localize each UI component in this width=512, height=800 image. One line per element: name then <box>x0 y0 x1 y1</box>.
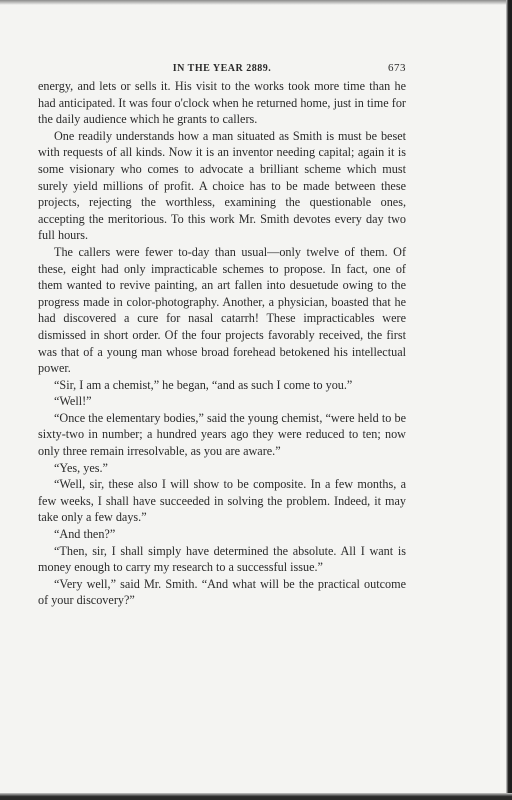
scan-top-shadow <box>0 0 512 5</box>
scan-bottom-edge <box>0 793 512 800</box>
scan-right-edge <box>506 0 512 800</box>
page-number: 673 <box>388 62 406 74</box>
paragraph: One readily understands how a man situat… <box>38 128 406 244</box>
paragraph: “Then, sir, I shall simply have determin… <box>38 543 406 576</box>
paragraph: “And then?” <box>38 526 406 543</box>
paragraph: The callers were fewer to-day than usual… <box>38 244 406 377</box>
paragraph: “Once the elementary bodies,” said the y… <box>38 410 406 460</box>
book-page: IN THE YEAR 2889. 673 energy, and lets o… <box>38 60 406 609</box>
paragraph: “Well!” <box>38 393 406 410</box>
paragraph: “Very well,” said Mr. Smith. “And what w… <box>38 576 406 609</box>
paragraph: energy, and lets or sells it. His visit … <box>38 78 406 128</box>
paragraph: “Well, sir, these also I will show to be… <box>38 476 406 526</box>
running-title: IN THE YEAR 2889. <box>38 63 406 74</box>
body-text: energy, and lets or sells it. His visit … <box>38 78 406 609</box>
paragraph: “Sir, I am a chemist,” he began, “and as… <box>38 377 406 394</box>
running-head: IN THE YEAR 2889. 673 <box>38 60 406 76</box>
paragraph: “Yes, yes.” <box>38 460 406 477</box>
